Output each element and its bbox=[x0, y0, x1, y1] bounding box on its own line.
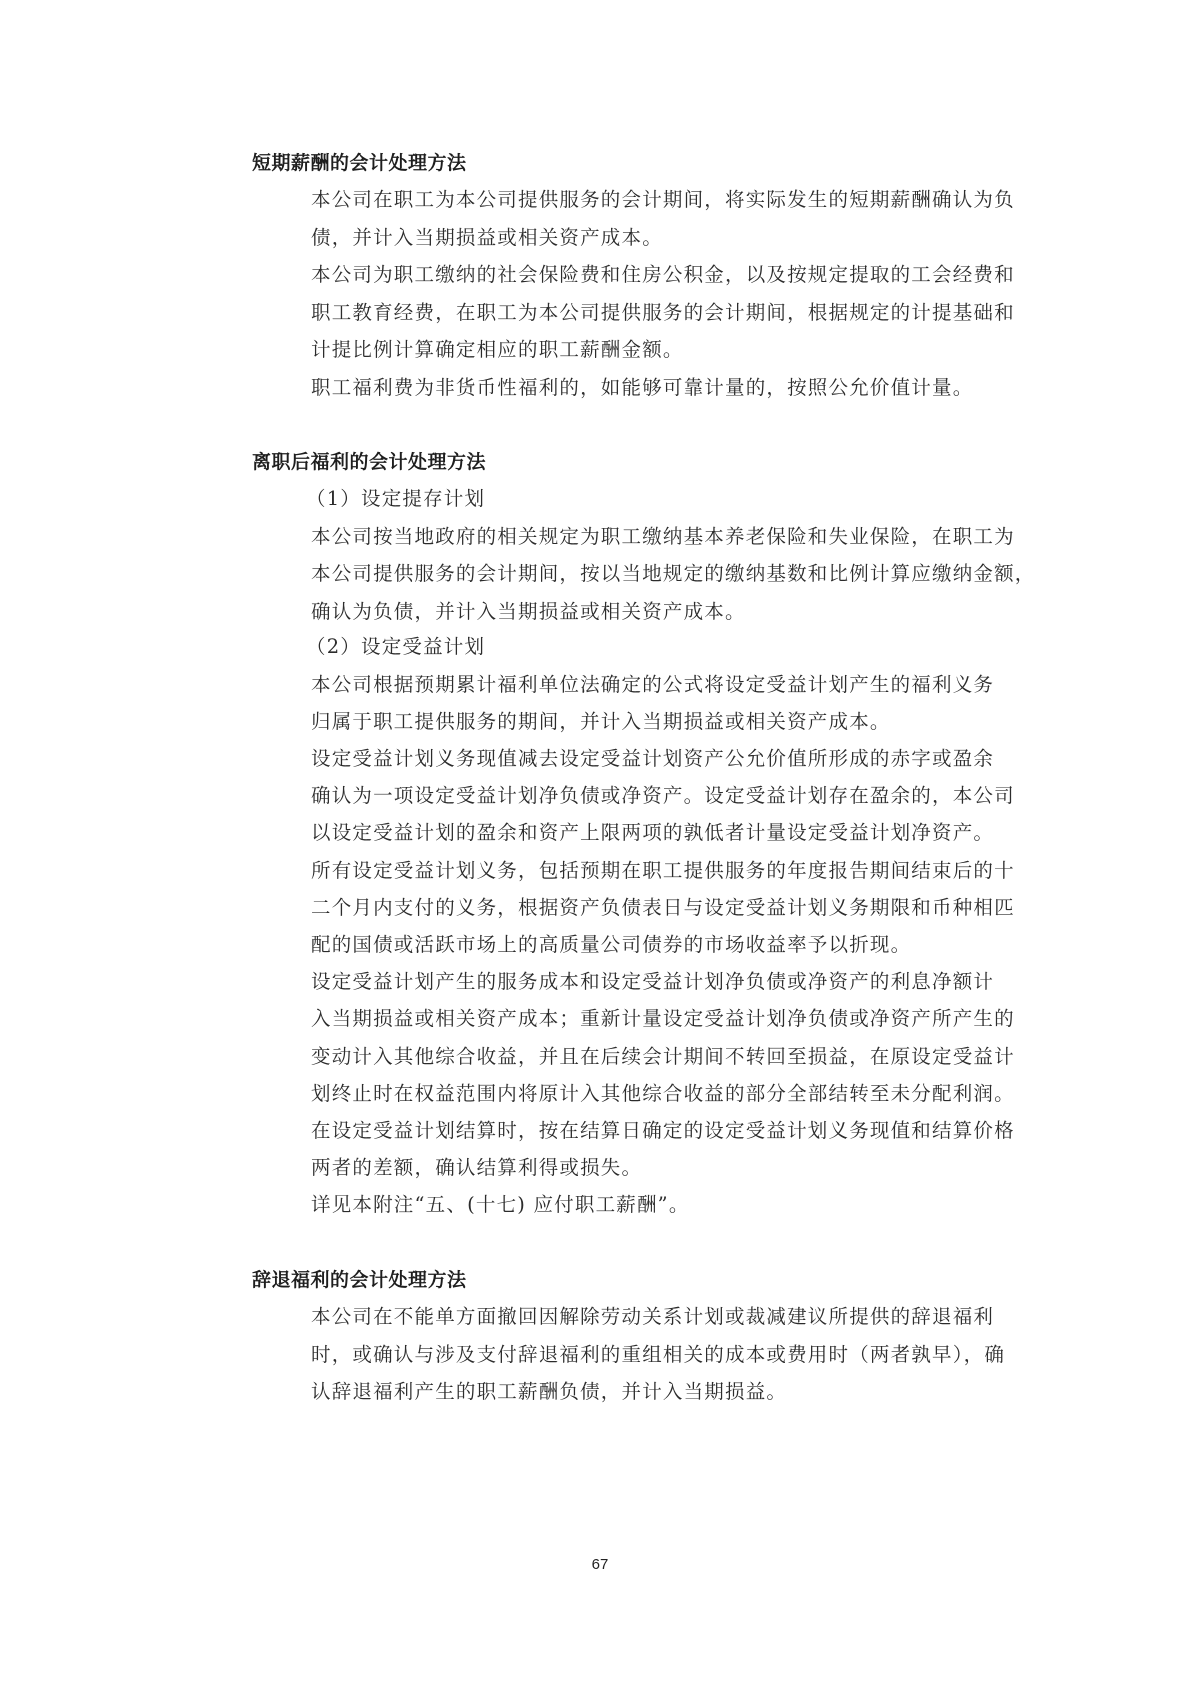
section-heading-short-term-compensation: 短期薪酬的会计处理方法 bbox=[252, 148, 467, 175]
paragraph-line: 变动计入其他综合收益，并且在后续会计期间不转回至损益，在原设定受益计 bbox=[311, 1041, 1015, 1069]
paragraph-line: 设定受益计划义务现值减去设定受益计划资产公允价值所形成的赤字或盈余 bbox=[311, 743, 994, 771]
paragraph-line: 入当期损益或相关资产成本；重新计量设定受益计划净负债或净资产所产生的 bbox=[311, 1003, 1015, 1031]
paragraph-line: 设定受益计划产生的服务成本和设定受益计划净负债或净资产的利息净额计 bbox=[311, 966, 994, 994]
paragraph-line: 划终止时在权益范围内将原计入其他综合收益的部分全部结转至未分配利润。 bbox=[311, 1078, 1015, 1106]
paragraph-line: 认辞退福利产生的职工薪酬负债，并计入当期损益。 bbox=[311, 1376, 787, 1404]
subsection-title-defined-benefit: （2）设定受益计划 bbox=[306, 631, 485, 659]
document-page: 短期薪酬的会计处理方法 本公司在职工为本公司提供服务的会计期间，将实际发生的短期… bbox=[0, 0, 1200, 1697]
paragraph-line: 确认为负债，并计入当期损益或相关资产成本。 bbox=[311, 596, 746, 624]
paragraph-line: 本公司按当地政府的相关规定为职工缴纳基本养老保险和失业保险，在职工为 bbox=[311, 521, 1015, 549]
paragraph-line: 职工教育经费，在职工为本公司提供服务的会计期间，根据规定的计提基础和 bbox=[311, 297, 1015, 325]
paragraph-line: 所有设定受益计划义务，包括预期在职工提供服务的年度报告期间结束后的十 bbox=[311, 855, 1015, 883]
cross-reference-note: 详见本附注“五、(十七) 应付职工薪酬”。 bbox=[311, 1189, 690, 1217]
section-heading-post-employment-benefits: 离职后福利的会计处理方法 bbox=[252, 447, 486, 474]
page-number: 67 bbox=[0, 1556, 1200, 1573]
paragraph-line: 以设定受益计划的盈余和资产上限两项的孰低者计量设定受益计划净资产。 bbox=[311, 817, 994, 845]
paragraph-line: 本公司为职工缴纳的社会保险费和住房公积金，以及按规定提取的工会经费和 bbox=[311, 259, 1015, 287]
paragraph-line: 两者的差额，确认结算利得或损失。 bbox=[311, 1152, 642, 1180]
paragraph-line: 配的国债或活跃市场上的高质量公司债券的市场收益率予以折现。 bbox=[311, 929, 911, 957]
paragraph-line: 本公司在职工为本公司提供服务的会计期间，将实际发生的短期薪酬确认为负 bbox=[311, 184, 1015, 212]
paragraph-line: 本公司在不能单方面撤回因解除劳动关系计划或裁减建议所提供的辞退福利 bbox=[311, 1301, 994, 1329]
paragraph-line: 时，或确认与涉及支付辞退福利的重组相关的成本或费用时（两者孰早），确 bbox=[311, 1339, 1005, 1367]
paragraph-line: 归属于职工提供服务的期间，并计入当期损益或相关资产成本。 bbox=[311, 706, 891, 734]
paragraph-line: 计提比例计算确定相应的职工薪酬金额。 bbox=[311, 334, 684, 362]
paragraph-line: 职工福利费为非货币性福利的，如能够可靠计量的，按照公允价值计量。 bbox=[311, 372, 973, 400]
paragraph-line: 在设定受益计划结算时，按在结算日确定的设定受益计划义务现值和结算价格 bbox=[311, 1115, 1015, 1143]
subsection-title-defined-contribution: （1）设定提存计划 bbox=[306, 483, 485, 511]
paragraph-line: 确认为一项设定受益计划净负债或净资产。设定受益计划存在盈余的，本公司 bbox=[311, 780, 1015, 808]
paragraph-line: 二个月内支付的义务，根据资产负债表日与设定受益计划义务期限和币种相匹 bbox=[311, 892, 1015, 920]
paragraph-line: 本公司提供服务的会计期间，按以当地规定的缴纳基数和比例计算应缴纳金额， bbox=[311, 558, 1036, 586]
section-heading-termination-benefits: 辞退福利的会计处理方法 bbox=[252, 1265, 467, 1292]
paragraph-line: 债，并计入当期损益或相关资产成本。 bbox=[311, 222, 663, 250]
paragraph-line: 本公司根据预期累计福利单位法确定的公式将设定受益计划产生的福利义务 bbox=[311, 669, 994, 697]
